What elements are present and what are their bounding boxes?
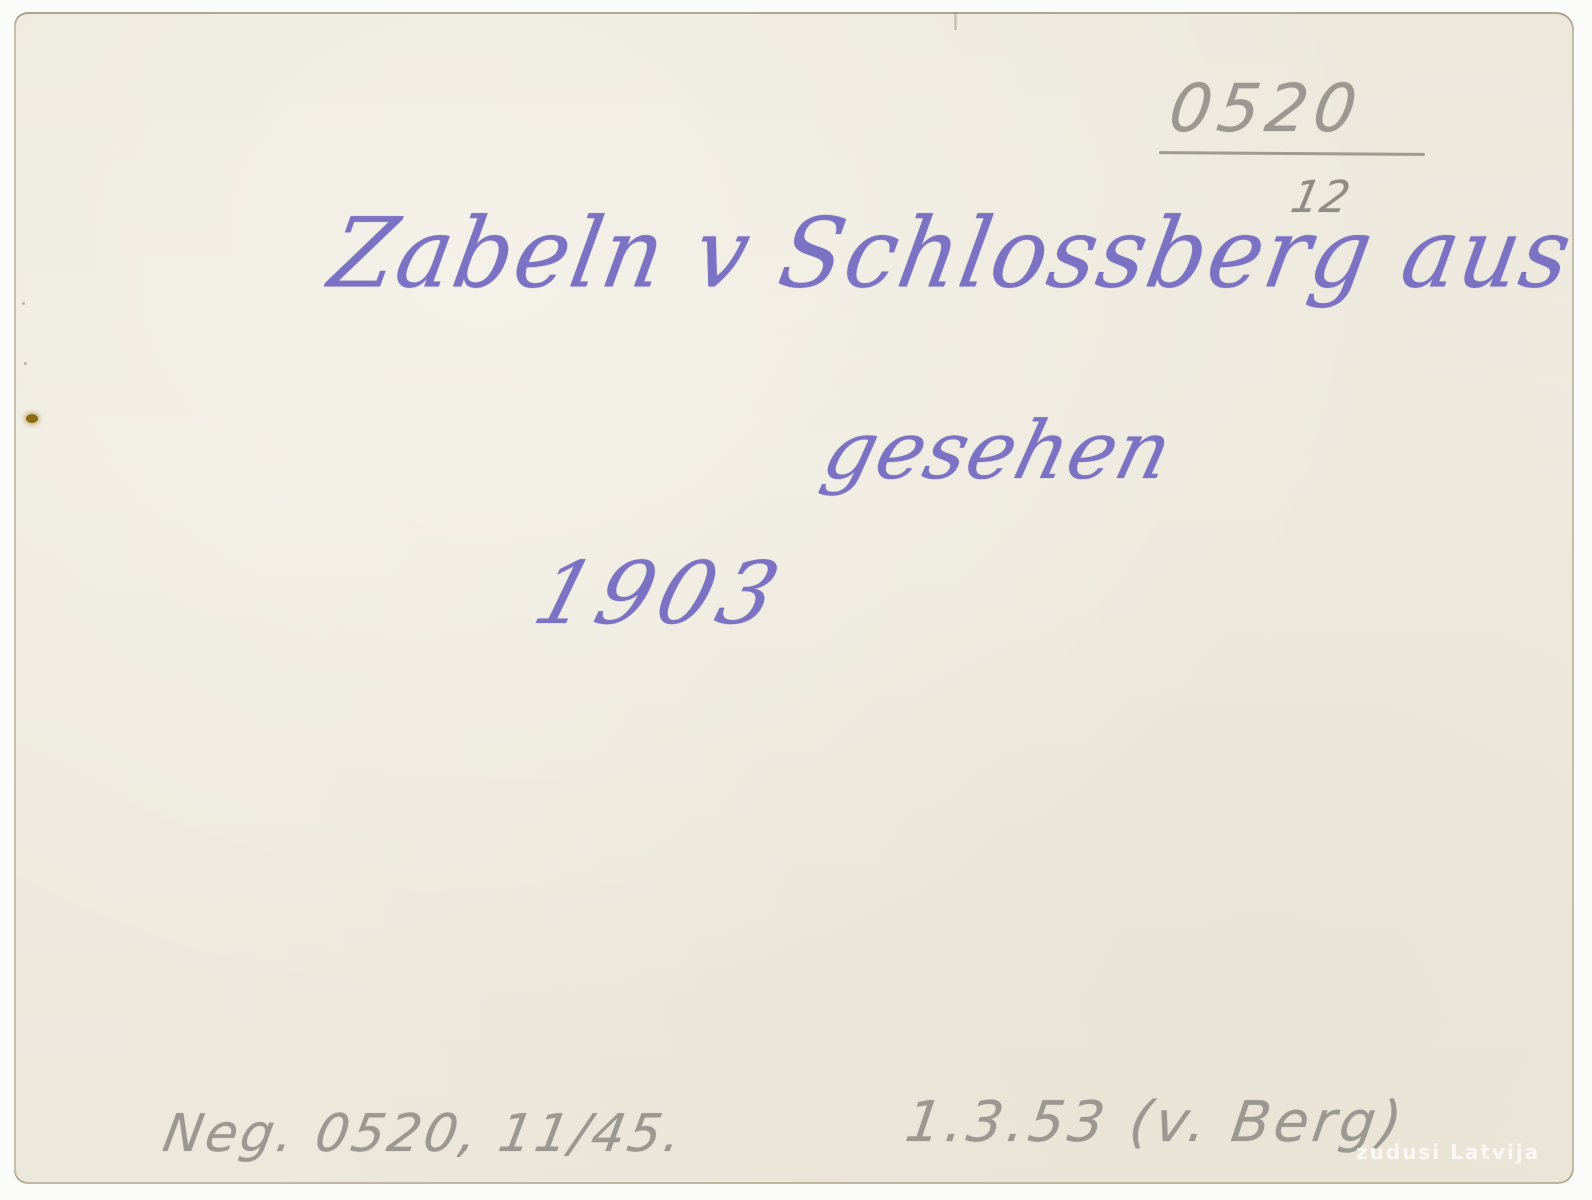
scanned-document: 0520 12 Zabeln v Schlossberg aus gesehen… — [0, 0, 1592, 1200]
watermark-text: zudusi Latvija — [1356, 1140, 1540, 1164]
paper-speck — [24, 362, 27, 365]
rust-stain-mark — [26, 414, 38, 423]
handwritten-year: 1903 — [524, 544, 796, 644]
archive-number: 0520 — [1165, 70, 1368, 147]
handwritten-caption-line-2: gesehen — [814, 404, 1182, 497]
paper-speck — [22, 302, 25, 305]
handwritten-caption-line-1: Zabeln v Schlossberg aus — [322, 197, 1574, 309]
date-reference: 1.3.53 (v. Berg) — [901, 1090, 1409, 1155]
negative-reference: Neg. 0520, 11/45. — [159, 1104, 689, 1164]
archive-number-underline — [1159, 151, 1425, 156]
photo-card-verso: 0520 12 Zabeln v Schlossberg aus gesehen… — [14, 12, 1574, 1184]
card-edge-nick — [954, 12, 957, 30]
